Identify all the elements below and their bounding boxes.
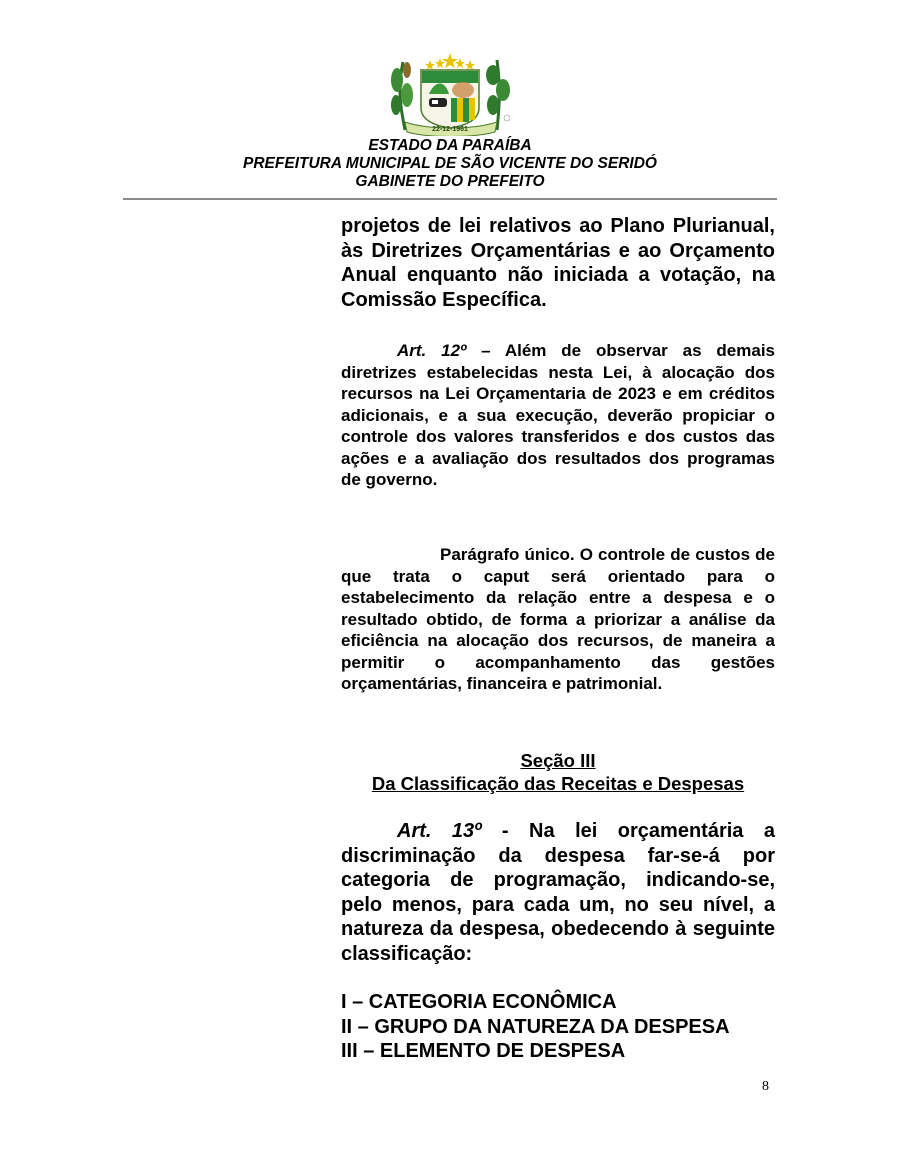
article-12-text: – Além de observar as demais diretrizes … (341, 341, 775, 489)
classification-item: III – ELEMENTO DE DESPESA (341, 1039, 775, 1064)
article-12-label: Art. 12º (397, 341, 466, 360)
article-13-label: Art. 13º (397, 820, 481, 842)
section-subtitle: Da Classificação das Receitas e Despesas (341, 772, 775, 795)
classification-list: I – CATEGORIA ECONÔMICA II – GRUPO DA NA… (341, 990, 775, 1064)
header-municipality: PREFEITURA MUNICIPAL DE SÃO VICENTE DO S… (0, 155, 900, 173)
article-13: Art. 13º - Na lei orçamentária a discrim… (341, 819, 775, 966)
article-12: Art. 12º – Além de observar as demais di… (341, 340, 775, 491)
continuation-paragraph: projetos de lei relativos ao Plano Pluri… (341, 214, 775, 312)
page-number: 8 (762, 1079, 769, 1095)
header-divider (123, 198, 777, 200)
svg-text:22-12-1961: 22-12-1961 (432, 126, 468, 133)
header-office: GABINETE DO PREFEITO (0, 173, 900, 191)
paragrafo-unico: Parágrafo único. O controle de custos de… (341, 544, 775, 695)
classification-item: I – CATEGORIA ECONÔMICA (341, 990, 775, 1015)
municipal-coat-of-arms-logo: 22-12-1961 (383, 50, 517, 136)
header-state: ESTADO DA PARAÍBA (0, 137, 900, 155)
section-title: Seção III (341, 749, 775, 772)
classification-item: II – GRUPO DA NATUREZA DA DESPESA (341, 1015, 775, 1040)
